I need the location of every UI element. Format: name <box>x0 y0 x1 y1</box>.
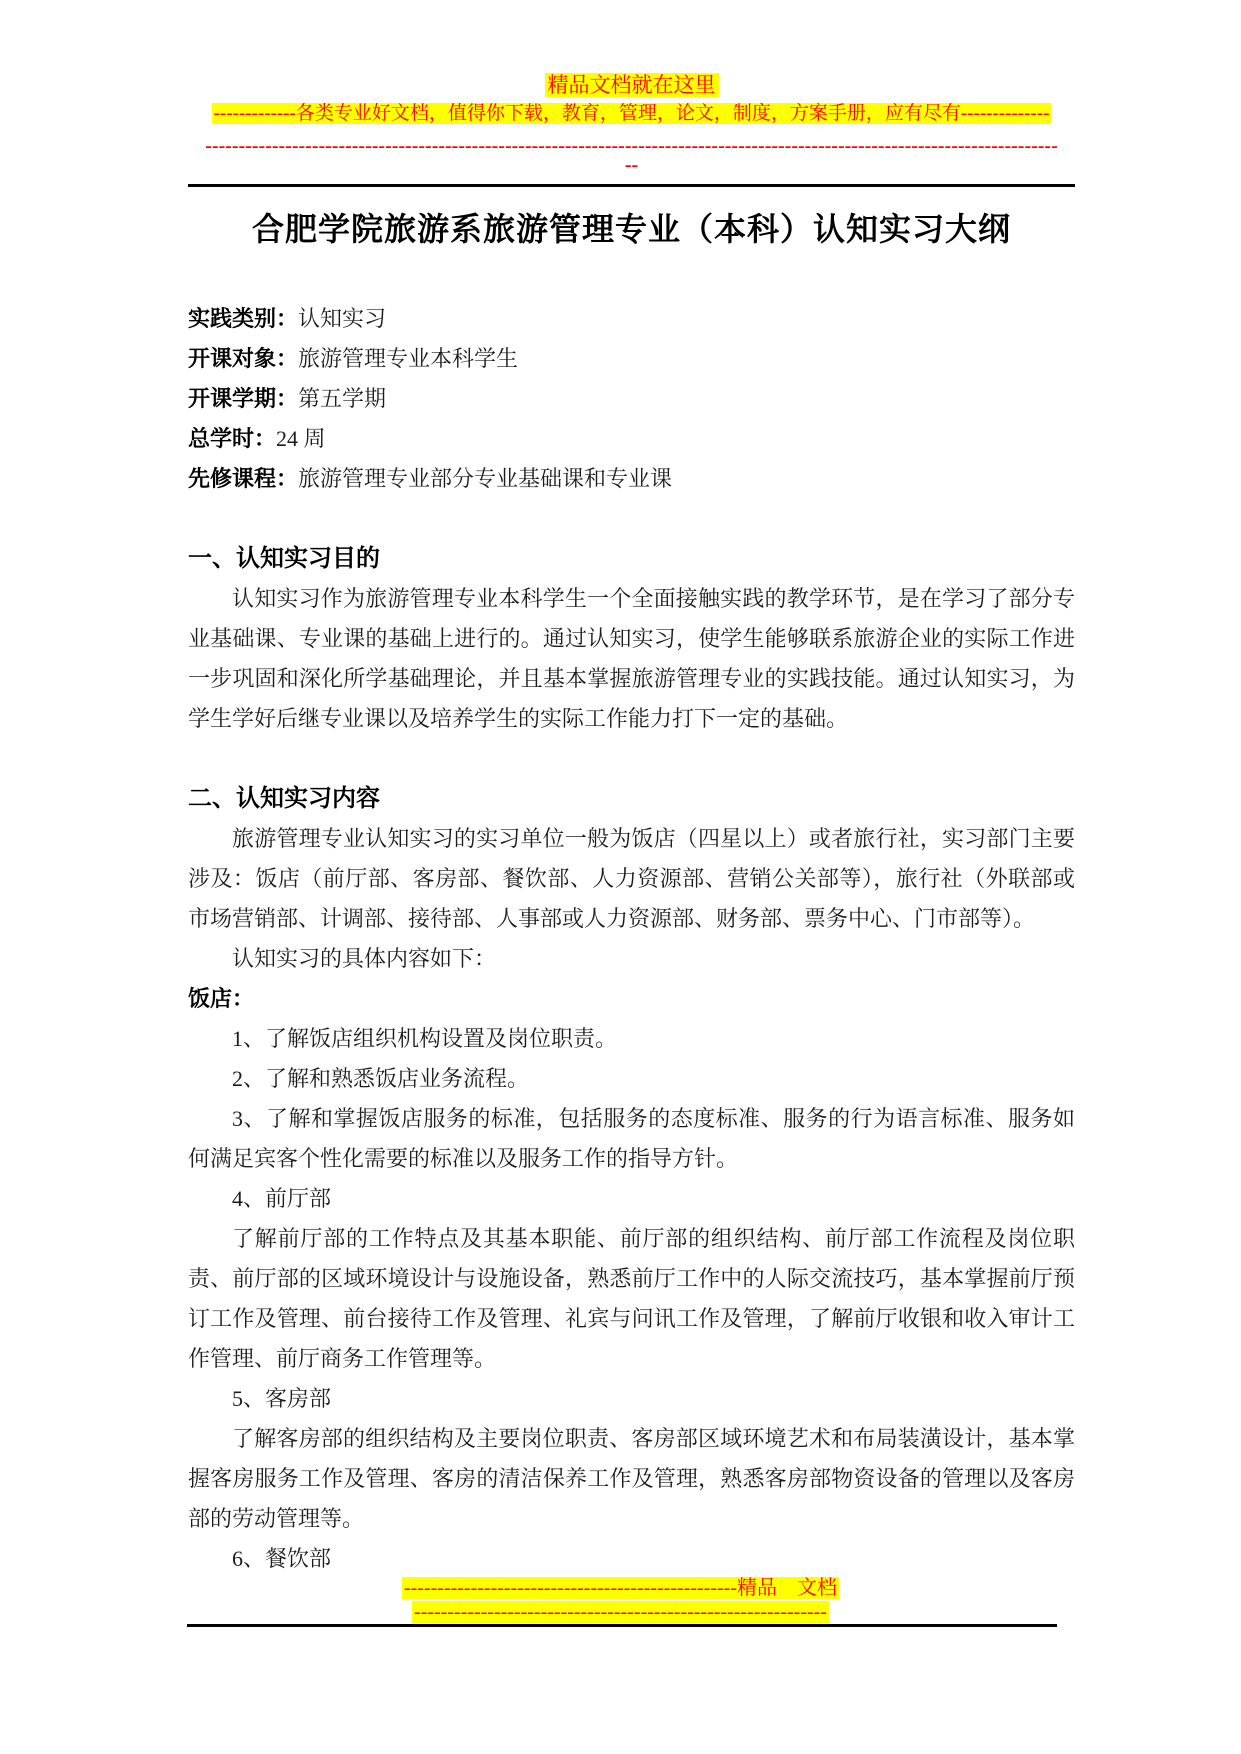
housekeeping-detail-paragraph: 了解客房部的组织结构及主要岗位职责、客房部区域环境艺术和布局装潢设计，基本掌握客… <box>188 1419 1075 1539</box>
hotel-item-1: 1、了解饭店组织机构设置及岗位职责。 <box>188 1019 1075 1059</box>
hotel-item-6-food-beverage: 6、餐饮部 <box>188 1539 1075 1579</box>
hotel-item-2: 2、了解和熟悉饭店业务流程。 <box>188 1059 1075 1099</box>
section-content-paragraph-2: 认知实习的具体内容如下： <box>188 939 1075 979</box>
meta-semester-value: 第五学期 <box>298 386 386 411</box>
promo-header: 精品文档就在这里 -------------各类专业好文档，值得你下载，教育，管… <box>188 0 1075 174</box>
meta-semester: 开课学期：第五学期 <box>188 379 1075 419</box>
meta-practice-type: 实践类别：认知实习 <box>188 299 1075 339</box>
meta-target-students-label: 开课对象： <box>188 346 298 371</box>
meta-prerequisites: 先修课程：旅游管理专业部分专业基础课和专业课 <box>188 459 1075 499</box>
meta-target-students-value: 旅游管理专业本科学生 <box>298 346 518 371</box>
document-page: 精品文档就在这里 -------------各类专业好文档，值得你下载，教育，管… <box>0 0 1241 1754</box>
hotel-item-5-housekeeping: 5、客房部 <box>188 1379 1075 1419</box>
footer-rule <box>187 1624 1057 1627</box>
red-dashed-divider: ----------------------------------------… <box>188 138 1075 154</box>
section-content: 二、认知实习内容 旅游管理专业认知实习的实习单位一般为饭店（四星以上）或者旅行社… <box>188 779 1075 1579</box>
meta-target-students: 开课对象：旅游管理专业本科学生 <box>188 339 1075 379</box>
footer-line2: ----------------------------------------… <box>0 1600 1241 1624</box>
header-rule <box>188 184 1075 187</box>
promo-banner-line1-text: 精品文档就在这里 <box>545 73 719 97</box>
hotel-item-3: 3、了解和掌握饭店服务的标准，包括服务的态度标准、服务的行为语言标准、服务如何满… <box>188 1099 1075 1179</box>
section-purpose: 一、认知实习目的 认知实习作为旅游管理专业本科学生一个全面接触实践的教学环节，是… <box>188 539 1075 739</box>
meta-semester-label: 开课学期： <box>188 386 298 411</box>
red-dashed-divider-wrap: -- <box>188 156 1075 174</box>
promo-footer: ----------------------------------------… <box>0 1576 1241 1624</box>
footer-line1-text: ----------------------------------------… <box>402 1577 839 1599</box>
meta-practice-type-value: 认知实习 <box>298 306 386 331</box>
footer-line2-text: ----------------------------------------… <box>412 1601 829 1623</box>
page-title: 合肥学院旅游系旅游管理专业（本科）认知实习大纲 <box>188 205 1075 253</box>
promo-banner-line2: -------------各类专业好文档，值得你下载，教育，管理，论文，制度，方… <box>188 100 1075 128</box>
meta-total-hours-value: 24 周 <box>276 426 326 451</box>
section-content-heading: 二、认知实习内容 <box>188 779 1075 819</box>
meta-practice-type-label: 实践类别： <box>188 306 298 331</box>
section-content-paragraph-1: 旅游管理专业认知实习的实习单位一般为饭店（四星以上）或者旅行社，实习部门主要涉及… <box>188 819 1075 939</box>
course-meta: 实践类别：认知实习 开课对象：旅游管理专业本科学生 开课学期：第五学期 总学时：… <box>188 299 1075 499</box>
section-purpose-paragraph: 认知实习作为旅游管理专业本科学生一个全面接触实践的教学环节，是在学习了部分专业基… <box>188 579 1075 739</box>
footer-line1: ----------------------------------------… <box>0 1576 1241 1600</box>
promo-banner-line2-text: -------------各类专业好文档，值得你下载，教育，管理，论文，制度，方… <box>212 103 1052 124</box>
hotel-label: 饭店： <box>188 979 1075 1019</box>
meta-total-hours: 总学时：24 周 <box>188 419 1075 459</box>
section-purpose-heading: 一、认知实习目的 <box>188 539 1075 579</box>
meta-prerequisites-label: 先修课程： <box>188 466 298 491</box>
meta-total-hours-label: 总学时： <box>188 426 276 451</box>
hotel-item-4-front-office: 4、前厅部 <box>188 1179 1075 1219</box>
meta-prerequisites-value: 旅游管理专业部分专业基础课和专业课 <box>298 466 672 491</box>
front-office-detail-paragraph: 了解前厅部的工作特点及其基本职能、前厅部的组织结构、前厅部工作流程及岗位职责、前… <box>188 1219 1075 1379</box>
promo-banner-line1: 精品文档就在这里 <box>188 72 1075 98</box>
